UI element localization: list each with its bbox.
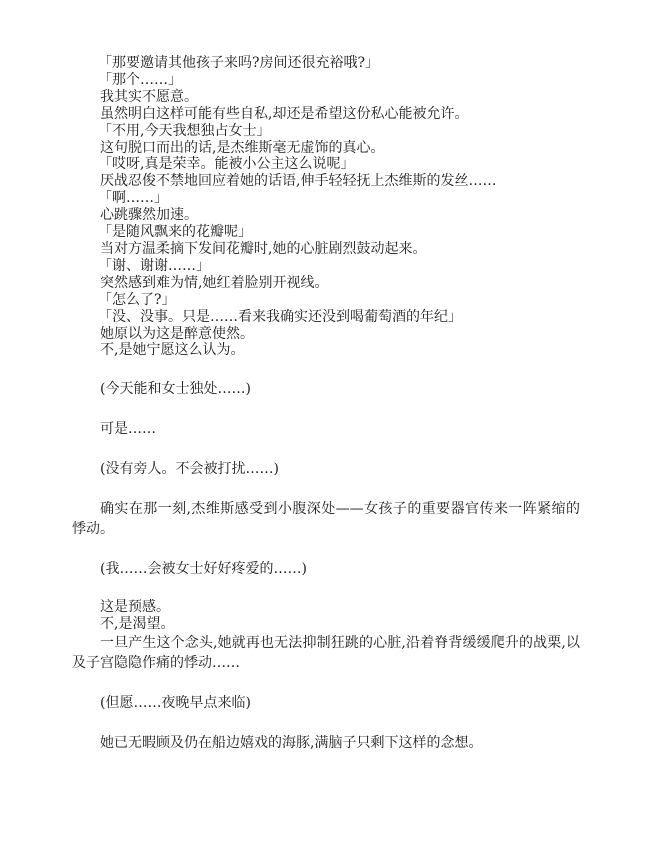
dialogue-line: 「那个……」: [98, 72, 580, 89]
dialogue-block: 「那要邀请其他孩子来吗?房间还很充裕哦?」 「那个……」 我其实不愿意。 虽然明…: [72, 55, 580, 359]
dialogue-line: 「啊……」: [98, 190, 580, 207]
document-page: 「那要邀请其他孩子来吗?房间还很充裕哦?」 「那个……」 我其实不愿意。 虽然明…: [72, 55, 580, 753]
dialogue-line: 「是随风飘来的花瓣呢」: [98, 224, 580, 241]
paragraph: 确实在那一刻,杰维斯感受到小腹深处——女孩子的重要器官传来一阵紧缩的悸动。: [72, 499, 580, 539]
paragraph: 这是预感。: [72, 599, 580, 616]
narration-line: 突然感到难为情,她红着脸别开视线。: [100, 275, 580, 292]
inner-thought: (没有旁人。不会被打扰……): [72, 459, 580, 479]
paragraph: 不,是渴望。: [72, 616, 580, 633]
prose-block: (今天能和女士独处……) 可是…… (没有旁人。不会被打扰……) 确实在那一刻,…: [72, 359, 580, 753]
paragraph: 一旦产生这个念头,她就再也无法抑制狂跳的心脏,沿着脊背缓缓爬升的战栗,以及子宫隐…: [72, 633, 580, 673]
narration-line: 心跳骤然加速。: [100, 207, 580, 224]
narration-line: 她原以为这是醉意使然。: [100, 326, 580, 343]
narration-line: 不,是她宁愿这么认为。: [100, 342, 580, 359]
paragraph: 她已无暇顾及仍在船边嬉戏的海豚,满脑子只剩下这样的念想。: [72, 733, 580, 753]
dialogue-line: 「哎呀,真是荣幸。能被小公主这么说呢」: [98, 156, 580, 173]
dialogue-line: 「没、没事。只是……看来我确实还没到喝葡萄酒的年纪」: [98, 309, 580, 326]
inner-thought: (今天能和女士独处……): [72, 379, 580, 399]
paragraph: 可是……: [72, 419, 580, 439]
narration-line: 当对方温柔摘下发间花瓣时,她的心脏剧烈鼓动起来。: [100, 241, 580, 258]
narration-line: 虽然明白这样可能有些自私,却还是希望这份私心能被允许。: [100, 106, 580, 123]
narration-line: 我其实不愿意。: [100, 89, 580, 106]
narration-line: 这句脱口而出的话,是杰维斯毫无虚饰的真心。: [100, 140, 580, 157]
inner-thought: (我……会被女士好好疼爱的……): [72, 559, 580, 579]
dialogue-line: 「那要邀请其他孩子来吗?房间还很充裕哦?」: [98, 55, 580, 72]
dialogue-line: 「不用,今天我想独占女士」: [98, 123, 580, 140]
narration-line: 厌战忍俊不禁地回应着她的话语,伸手轻轻抚上杰维斯的发丝……: [100, 173, 580, 190]
inner-thought: (但愿……夜晚早点来临): [72, 693, 580, 713]
dialogue-line: 「谢、谢谢……」: [98, 258, 580, 275]
dialogue-line: 「怎么了?」: [98, 292, 580, 309]
